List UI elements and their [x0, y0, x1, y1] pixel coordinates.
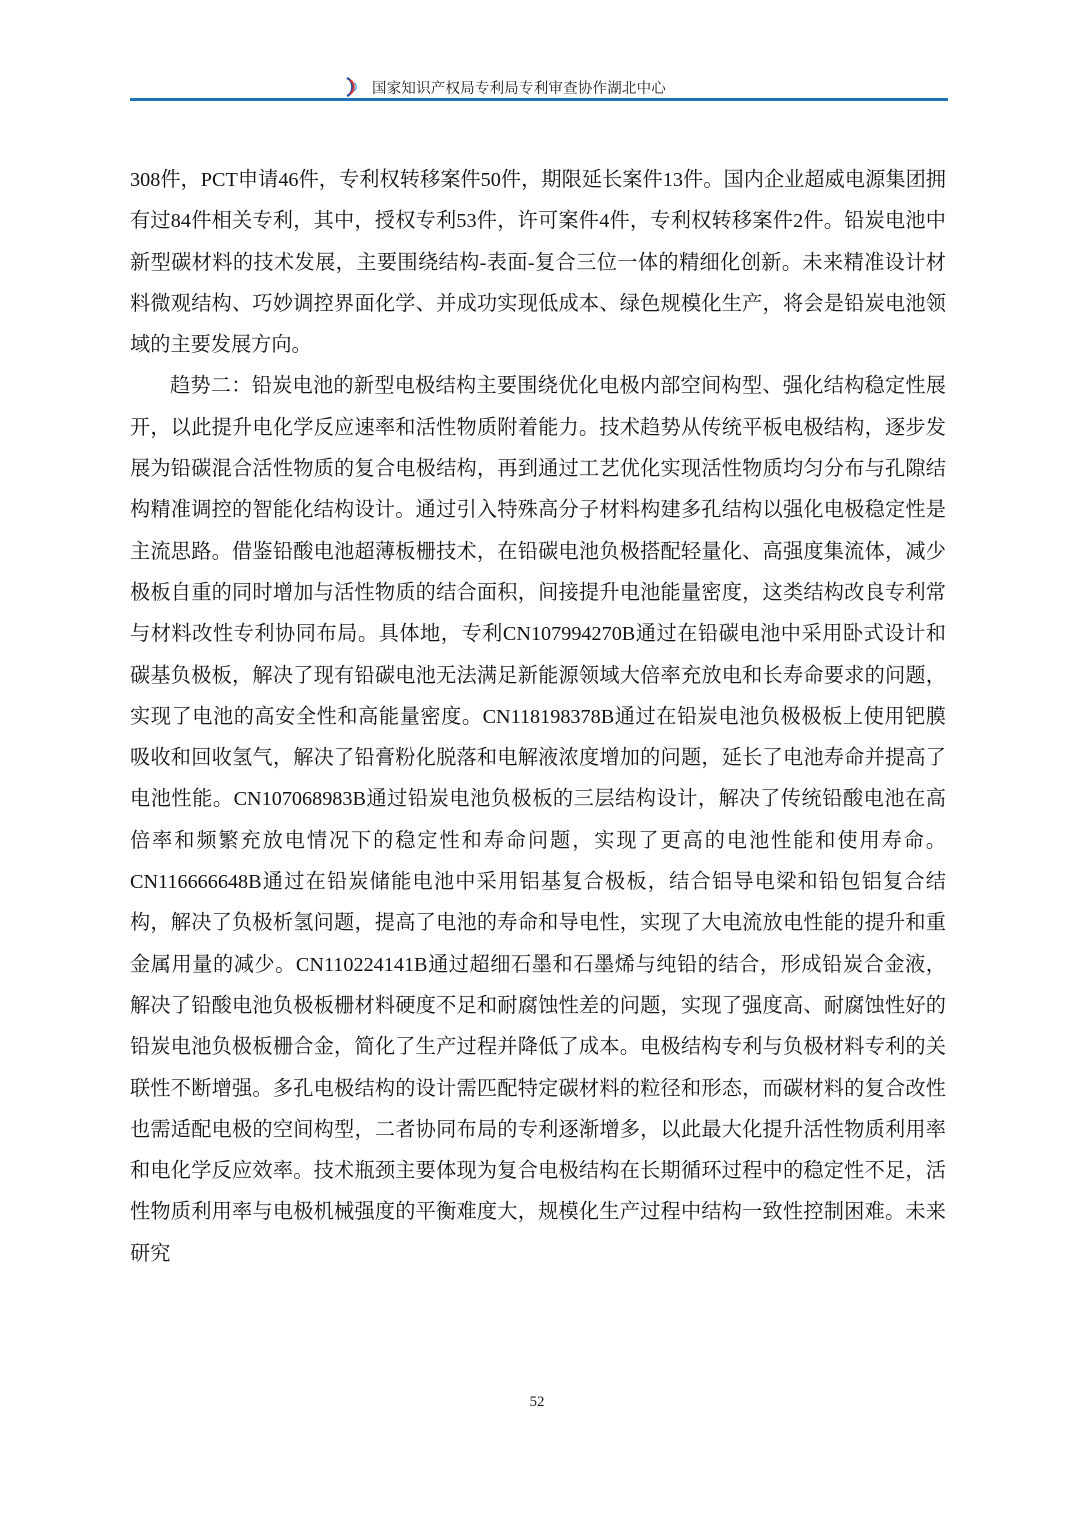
page-header: 国家知识产权局专利局专利审查协作湖北中心 [130, 76, 948, 102]
header-divider [130, 98, 948, 101]
paragraph-2: 趋势二：铅炭电池的新型电极结构主要围绕优化电极内部空间构型、强化结构稳定性展开，… [130, 366, 946, 1275]
paragraph-1: 308件，PCT申请46件，专利权转移案件50件，期限延长案件13件。国内企业超… [130, 160, 946, 366]
header-organization-title: 国家知识产权局专利局专利审查协作湖北中心 [372, 77, 666, 98]
page-number: 52 [0, 1394, 1074, 1411]
document-body: 308件，PCT申请46件，专利权转移案件50件，期限延长案件13件。国内企业超… [130, 160, 946, 1275]
header-content: 国家知识产权局专利局专利审查协作湖北中心 [344, 76, 666, 98]
cnipa-logo-icon [344, 77, 360, 97]
